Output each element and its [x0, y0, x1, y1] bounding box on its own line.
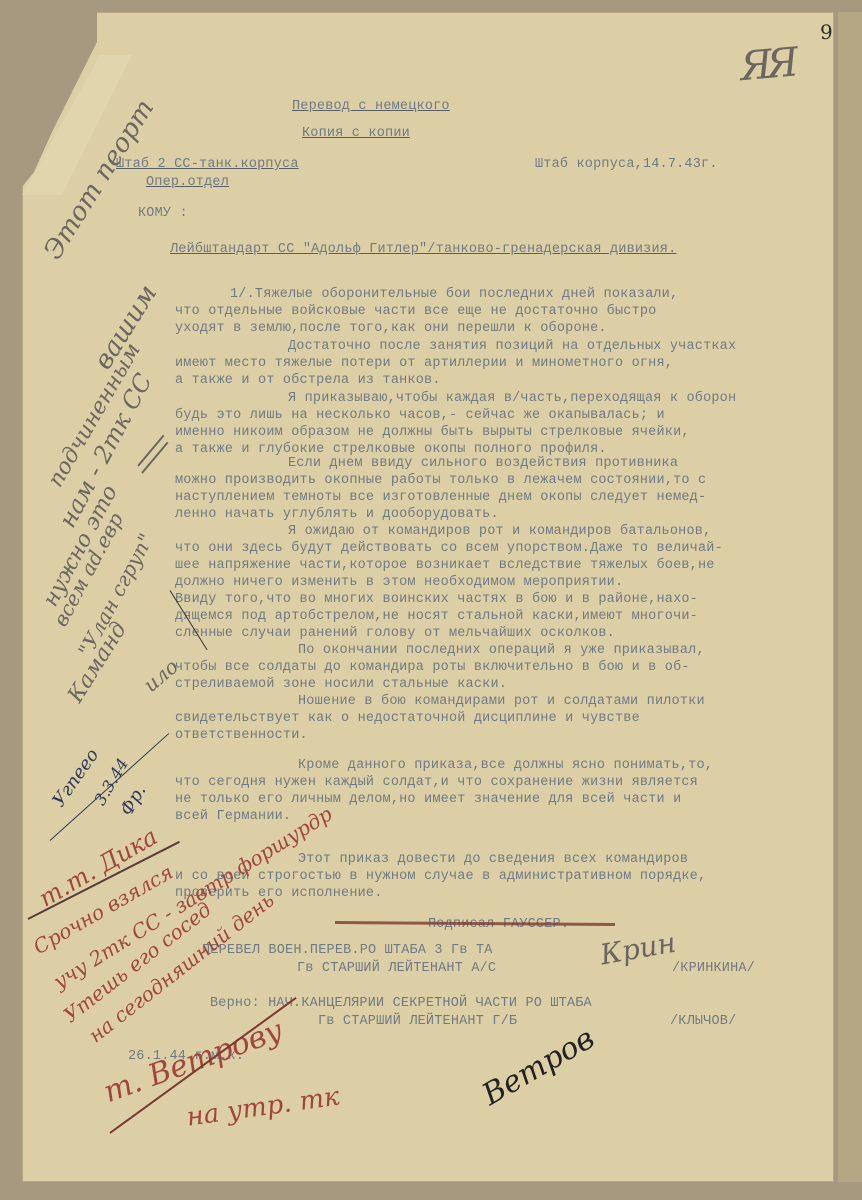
body-line: сленные случаи ранений голову от мельчай… [175, 627, 615, 641]
sender-line-1: Штаб 2 СС-танк.корпуса [116, 158, 299, 172]
addressee: Лейбштандарт СС "Адольф Гитлер"/танково-… [170, 243, 676, 257]
body-line: будь это лишь на несколько часов,- сейча… [175, 409, 665, 423]
page-number: 9 [820, 20, 833, 44]
body-line: не только его личным делом,но имеет знач… [175, 793, 681, 807]
body-line: что сегодня нужен каждый солдат,и что со… [175, 776, 698, 790]
body-line: дящемся под артобстрелом,не носят стальн… [175, 610, 698, 624]
body-line: Если днем ввиду сильного воздействия про… [288, 457, 678, 471]
translator-line-1: ПЕРЕВЕЛ ВОЕН.ПЕРЕВ.РО ШТАБА 3 Гв ТА [202, 944, 493, 958]
body-line: ленно начать углублять и дооборудовать. [175, 508, 499, 522]
body-line: шее напряжение части,которое возникает в… [175, 559, 715, 573]
body-line: а также и глубокие стрелковые окопы полн… [175, 443, 607, 457]
body-line: Этот приказ довести до сведения всех ком… [298, 853, 688, 867]
body-line: можно производить окопные работы только … [175, 474, 706, 488]
body-line: Кроме данного приказа,все должны ясно по… [298, 759, 713, 773]
doc-subtitle: Копия с копии [302, 127, 410, 141]
body-line: что отдельные войсковые части все еще не… [175, 305, 656, 319]
sender-line-2: Опер.отдел [146, 176, 229, 190]
place-date: Штаб корпуса,14.7.43г. [535, 158, 718, 172]
body-line: По окончании последних операций я уже пр… [298, 644, 705, 658]
body-line: наступлением темноты все изготовленные д… [175, 491, 706, 505]
body-line: именно никоим образом не должны быть выр… [175, 426, 690, 440]
body-line: Ношение в бою командирами рот и солдатам… [298, 695, 705, 709]
body-line: свидетельствует как о недостаточной дисц… [175, 712, 640, 726]
body-line: Достаточно после занятия позиций на отде… [288, 340, 736, 354]
body-line: Я приказываю,чтобы каждая в/часть,перехо… [288, 392, 736, 406]
translator-name: /КРИНКИНА/ [672, 962, 755, 976]
pencil-mark-top-right: ЯЯ [738, 43, 794, 87]
verified-line-1: Верно: НАЧ.КАНЦЕЛЯРИИ СЕКРЕТНОЙ ЧАСТИ РО… [210, 997, 592, 1011]
body-line: уходят в землю,после того,как они перешл… [175, 322, 607, 336]
body-line: Ввиду того,что во многих воинских частях… [175, 593, 698, 607]
translator-line-2: Гв СТАРШИЙ ЛЕЙТЕНАНТ А/С [297, 962, 496, 976]
doc-title: Перевод с немецкого [292, 100, 450, 114]
body-line: должно ничего изменить в этом необходимо… [175, 576, 623, 590]
body-line: ответственности. [175, 729, 308, 743]
body-line: 1/.Тяжелые оборонительные бои последних … [230, 288, 678, 302]
body-line: имеют место тяжелые потери от артиллерии… [175, 357, 673, 371]
body-line: Я ожидаю от командиров рот и командиров … [288, 525, 711, 539]
body-line: а также и от обстрела из танков. [175, 374, 441, 388]
body-line: что они здесь будут действовать со всем … [175, 542, 723, 556]
verified-name: /КЛЫЧОВ/ [670, 1015, 736, 1029]
to-label: КОМУ : [138, 207, 188, 221]
verified-line-2: Гв СТАРШИЙ ЛЕЙТЕНАНТ Г/Б [318, 1015, 517, 1029]
body-line: стреливаемой зоне носили стальные каски. [175, 678, 507, 692]
body-line: всей Германии. [175, 810, 291, 824]
body-line: чтобы все солдаты до командира роты вклю… [175, 661, 690, 675]
paper-edge [838, 12, 862, 1182]
